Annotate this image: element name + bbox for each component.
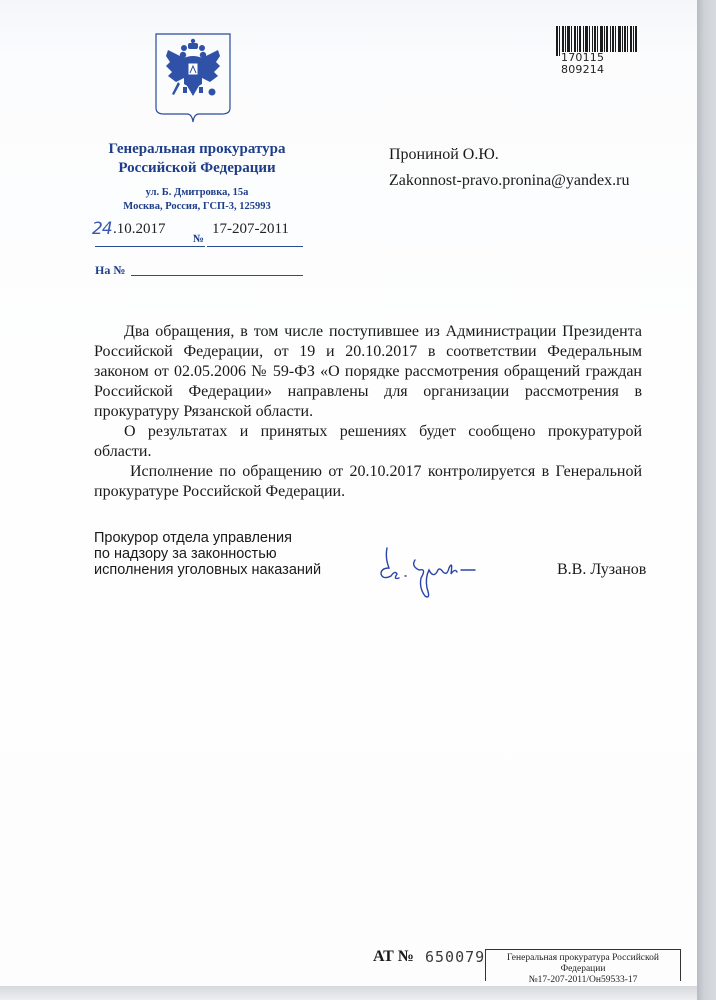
signer-title-line2: по надзору за законностью bbox=[94, 546, 321, 562]
addressee-name: Прониной О.Ю. bbox=[389, 142, 629, 168]
number-underline bbox=[207, 246, 303, 247]
address-line2: Москва, Россия, ГСП-3, 125993 bbox=[92, 200, 302, 214]
signer-title: Прокурор отдела управления по надзору за… bbox=[94, 530, 321, 578]
org-address: ул. Б. Дмитровка, 15а Москва, Россия, ГС… bbox=[92, 186, 302, 214]
address-line1: ул. Б. Дмитровка, 15а bbox=[92, 186, 302, 200]
date-underline bbox=[95, 246, 205, 247]
org-name-line2: Российской Федерации bbox=[92, 159, 302, 178]
registration-number: 17-207-2011 bbox=[212, 221, 289, 238]
handwritten-day: 24 bbox=[92, 219, 112, 239]
handwritten-signature-icon bbox=[375, 538, 485, 608]
addressee: Прониной О.Ю. Zakonnost-pravo.pronina@ya… bbox=[389, 142, 629, 194]
reference-number-underline bbox=[131, 275, 303, 276]
signer-title-line3: исполнения уголовных наказаний bbox=[94, 562, 321, 578]
form-series-label: АТ № bbox=[373, 948, 414, 966]
registration-stamp: Генеральная прокуратура Российской Федер… bbox=[485, 949, 681, 981]
letter-body: Два обращения, в том числе поступившее и… bbox=[94, 322, 642, 502]
stamp-line1: Генеральная прокуратура Российской bbox=[486, 953, 680, 964]
addressee-email: Zakonnost-pravo.pronina@yandex.ru bbox=[389, 168, 629, 194]
stamp-line3: №17-207-2011/Он59533-17 bbox=[486, 975, 680, 986]
body-paragraph: Исполнение по обращению от 20.10.2017 ко… bbox=[94, 462, 642, 502]
body-paragraph: Два обращения, в том числе поступившее и… bbox=[94, 322, 642, 422]
org-name: Генеральная прокуратура Российской Федер… bbox=[92, 140, 302, 178]
letter-page: Генеральная прокуратура Российской Федер… bbox=[0, 0, 697, 986]
form-serial-number: 650079 bbox=[425, 948, 485, 966]
scan-edge-right bbox=[697, 0, 716, 1000]
number-mark: № bbox=[193, 233, 204, 245]
letter-date: .10.2017 bbox=[113, 221, 166, 238]
coat-of-arms-icon bbox=[154, 32, 232, 124]
signer-title-line1: Прокурор отдела управления bbox=[94, 530, 321, 546]
scan-edge-bottom bbox=[0, 986, 697, 1000]
reference-number-label: На № bbox=[95, 263, 125, 278]
signer-name: В.В. Лузанов bbox=[557, 561, 646, 579]
barcode-number: 170115 809214 bbox=[561, 52, 651, 76]
stamp-line2: Федерации bbox=[486, 964, 680, 975]
org-name-line1: Генеральная прокуратура bbox=[92, 140, 302, 159]
body-paragraph: О результатах и принятых решениях будет … bbox=[94, 422, 642, 462]
